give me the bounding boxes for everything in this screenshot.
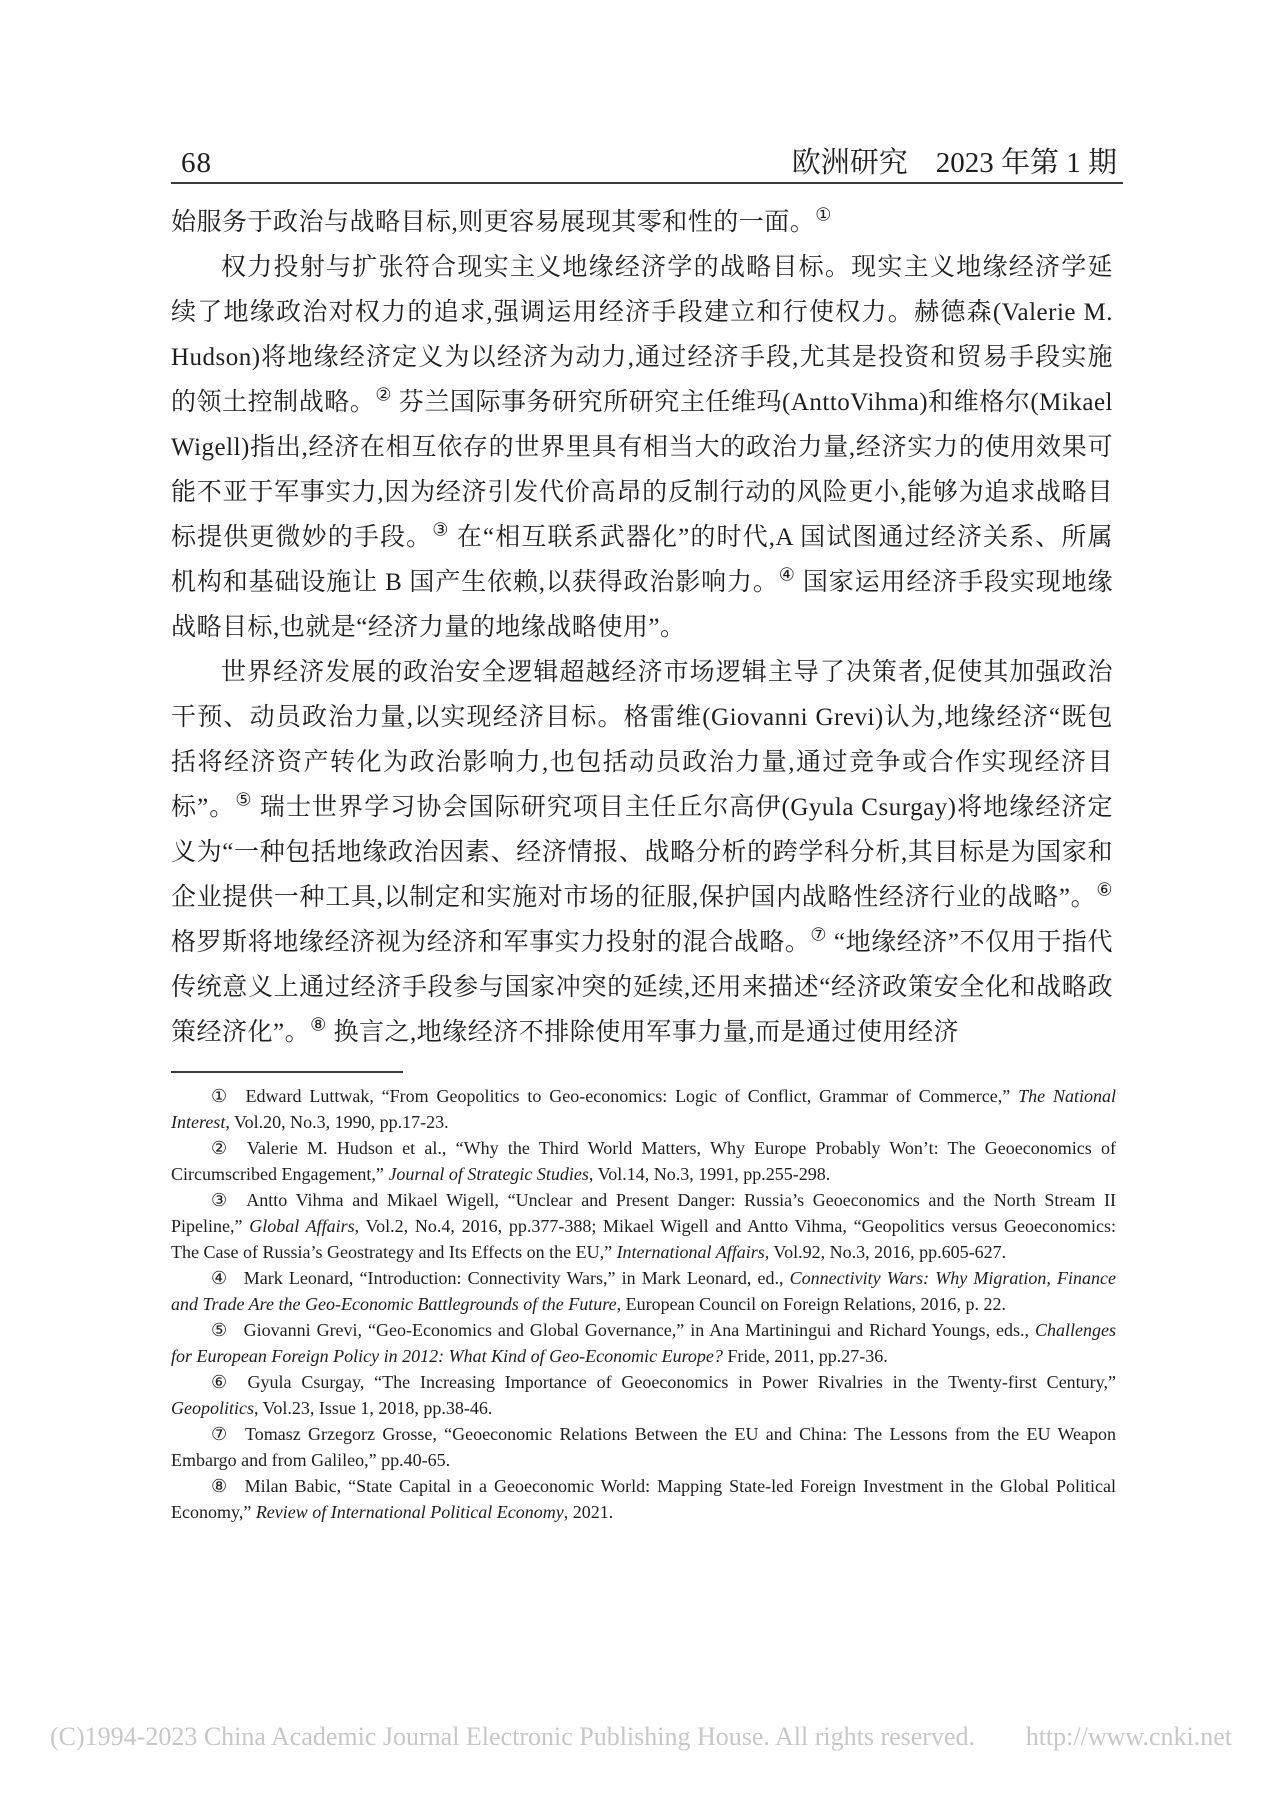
article-body: 始服务于政治与战略目标,则更容易展现其零和性的一面。① 权力投射与扩张符合现实主… (171, 200, 1113, 1055)
footnote-marker: ③ (211, 1190, 231, 1210)
running-head: 68 欧洲研究2023 年第 1 期 (171, 140, 1117, 181)
footnote-item: ⑦Tomasz Grzegorz Grosse, “Geoeconomic Re… (171, 1421, 1116, 1473)
journal-header: 欧洲研究2023 年第 1 期 (792, 140, 1117, 181)
footnote-text: Gyula Csurgay, “The Increasing Importanc… (171, 1372, 1116, 1418)
footnote-item: ⑧Milan Babic, “State Capital in a Geoeco… (171, 1473, 1116, 1525)
footnote-text: Antto Vihma and Mikael Wigell, “Unclear … (171, 1190, 1116, 1262)
footnote-marker: ⑦ (211, 1424, 230, 1444)
footnote-item: ⑤Giovanni Grevi, “Geo-Economics and Glob… (171, 1317, 1116, 1369)
footnote-text: Edward Luttwak, “From Geopolitics to Geo… (171, 1086, 1116, 1132)
footnote-item: ④Mark Leonard, “Introduction: Connectivi… (171, 1265, 1116, 1317)
footnote-text: Mark Leonard, “Introduction: Connectivit… (171, 1268, 1116, 1314)
footnote-item: ③Antto Vihma and Mikael Wigell, “Unclear… (171, 1187, 1116, 1265)
footnotes-block: ①Edward Luttwak, “From Geopolitics to Ge… (171, 1083, 1116, 1525)
watermark-url: http://www.cnki.net (1026, 1722, 1232, 1752)
footnote-text: Valerie M. Hudson et al., “Why the Third… (171, 1138, 1116, 1184)
scanned-journal-page: 68 欧洲研究2023 年第 1 期 始服务于政治与战略目标,则更容易展现其零和… (0, 0, 1279, 1797)
header-rule (171, 182, 1123, 184)
footnote-marker: ② (211, 1138, 232, 1158)
footnote-text: Giovanni Grevi, “Geo-Economics and Globa… (171, 1320, 1116, 1366)
footnote-text: Milan Babic, “State Capital in a Geoecon… (171, 1476, 1116, 1522)
footnote-item: ①Edward Luttwak, “From Geopolitics to Ge… (171, 1083, 1116, 1135)
footnote-marker: ⑤ (211, 1320, 229, 1340)
footnote-separator-rule (171, 1071, 403, 1073)
body-paragraph: 权力投射与扩张符合现实主义地缘经济学的战略目标。现实主义地缘经济学延续了地缘政治… (171, 245, 1113, 650)
body-paragraph-continuation: 始服务于政治与战略目标,则更容易展现其零和性的一面。① (171, 200, 1113, 245)
journal-name: 欧洲研究 (792, 147, 908, 179)
watermark-copyright: (C)1994-2023 China Academic Journal Elec… (50, 1722, 975, 1752)
page-number: 68 (181, 147, 212, 180)
footnote-marker: ⑥ (211, 1372, 232, 1392)
cnki-watermark: (C)1994-2023 China Academic Journal Elec… (50, 1722, 1232, 1752)
footnote-marker: ④ (211, 1268, 229, 1288)
footnote-item: ⑥Gyula Csurgay, “The Increasing Importan… (171, 1369, 1116, 1421)
footnote-text: Tomasz Grzegorz Grosse, “Geoeconomic Rel… (171, 1424, 1116, 1470)
footnote-marker: ⑧ (211, 1476, 230, 1496)
body-paragraph: 世界经济发展的政治安全逻辑超越经济市场逻辑主导了决策者,促使其加强政治干预、动员… (171, 650, 1113, 1055)
footnote-item: ②Valerie M. Hudson et al., “Why the Thir… (171, 1135, 1116, 1187)
footnote-marker: ① (211, 1086, 231, 1106)
journal-issue: 2023 年第 1 期 (936, 147, 1117, 179)
